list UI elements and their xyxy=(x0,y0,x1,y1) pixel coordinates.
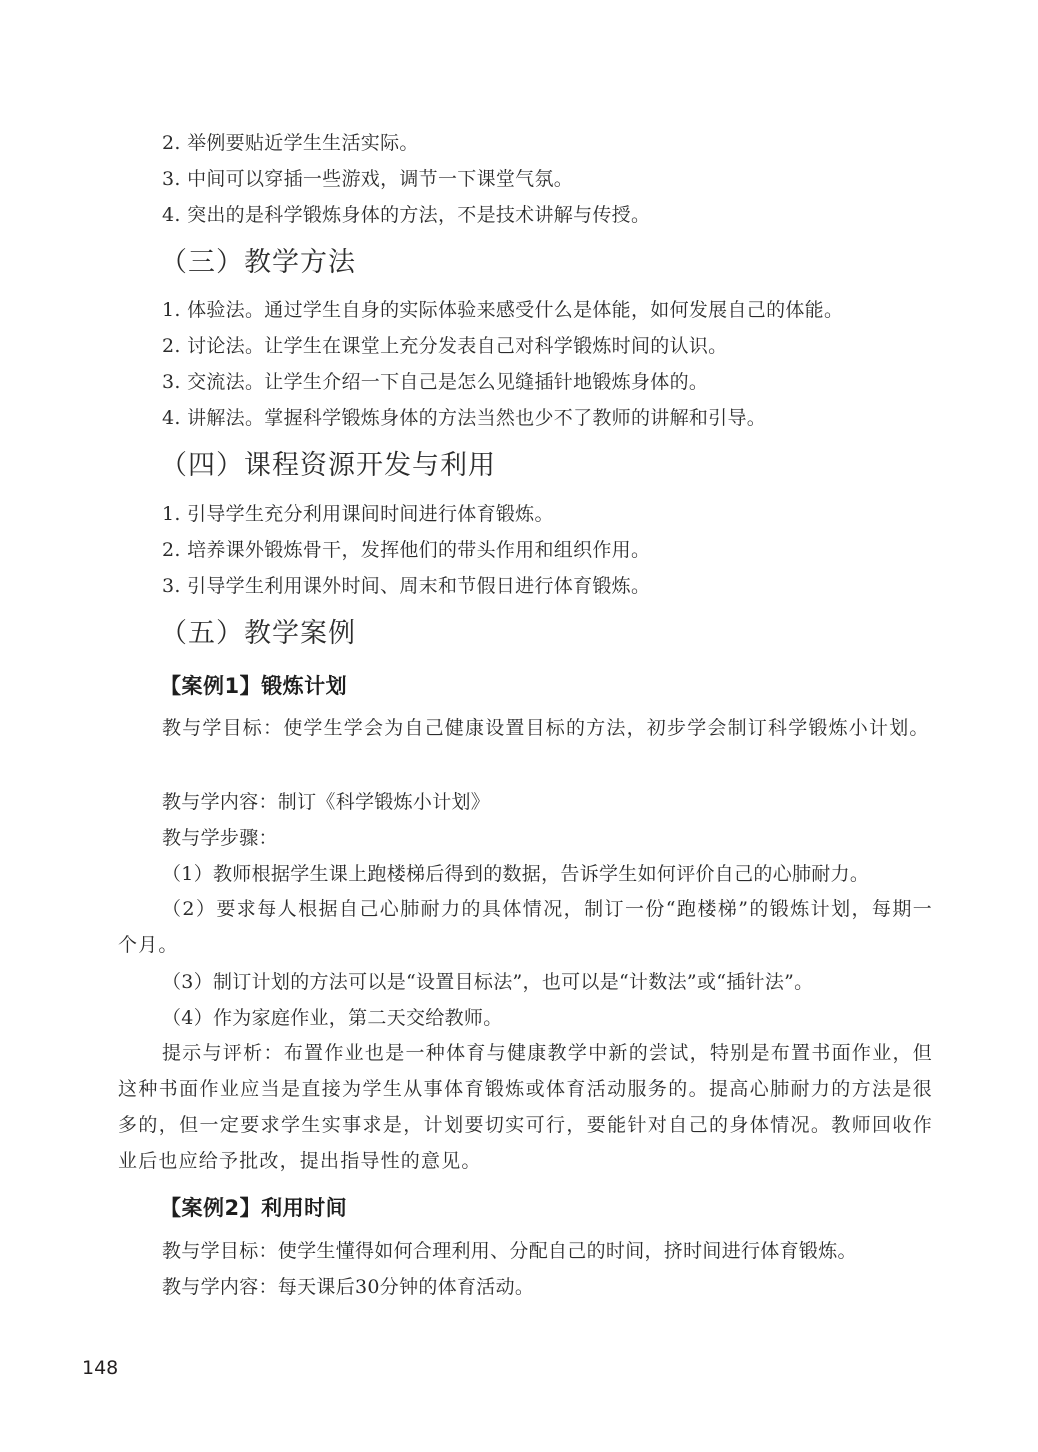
case1-goal: 教与学目标：使学生学会为自己健康设置目标的方法，初步学会制订科学锻炼小计划。 xyxy=(118,710,933,746)
section-heading-cases: （五）教学案例 xyxy=(160,617,356,651)
case1-step: （2）要求每人根据自己心肺耐力的具体情况，制订一份“跑楼梯”的锻炼计划，每期一个… xyxy=(118,891,933,963)
case1-step: （4）作为家庭作业，第二天交给教师。 xyxy=(162,1005,503,1031)
method-item: 4. 讲解法。掌握科学锻炼身体的方法当然也少不了教师的讲解和引导。 xyxy=(162,405,766,431)
case2-goal: 教与学目标：使学生懂得如何合理利用、分配自己的时间，挤时间进行体育锻炼。 xyxy=(162,1238,857,1264)
page-number: 148 xyxy=(82,1357,118,1379)
method-item: 3. 交流法。让学生介绍一下自己是怎么见缝插针地锻炼身体的。 xyxy=(162,369,708,395)
case1-comment: 提示与评析：布置作业也是一种体育与健康教学中新的尝试，特别是布置书面作业，但这种… xyxy=(118,1035,933,1179)
resource-item: 1. 引导学生充分利用课间时间进行体育锻炼。 xyxy=(162,501,554,527)
intro-list-item: 3. 中间可以穿插一些游戏，调节一下课堂气氛。 xyxy=(162,166,573,192)
case1-step: （3）制订计划的方法可以是“设置目标法”，也可以是“计数法”或“插针法”。 xyxy=(162,969,813,995)
resource-item: 3. 引导学生利用课外时间、周末和节假日进行体育锻炼。 xyxy=(162,573,650,599)
method-item: 1. 体验法。通过学生自身的实际体验来感受什么是体能，如何发展自己的体能。 xyxy=(162,297,843,323)
case2-title: 【案例2】利用时间 xyxy=(160,1194,347,1222)
document-page: 2. 举例要贴近学生生活实际。 3. 中间可以穿插一些游戏，调节一下课堂气氛。 … xyxy=(0,0,1038,1452)
intro-list-item: 4. 突出的是科学锻炼身体的方法，不是技术讲解与传授。 xyxy=(162,202,650,228)
case1-step: （1）教师根据学生课上跑楼梯后得到的数据，告诉学生如何评价自己的心肺耐力。 xyxy=(162,861,869,887)
case1-title: 【案例1】锻炼计划 xyxy=(160,672,347,700)
section-heading-resources: （四）课程资源开发与利用 xyxy=(160,449,496,483)
case1-content: 教与学内容：制订《科学锻炼小计划》 xyxy=(162,789,490,815)
case1-steps-label: 教与学步骤： xyxy=(162,825,278,851)
method-item: 2. 讨论法。让学生在课堂上充分发表自己对科学锻炼时间的认识。 xyxy=(162,333,727,359)
resource-item: 2. 培养课外锻炼骨干，发挥他们的带头作用和组织作用。 xyxy=(162,537,650,563)
case2-content: 教与学内容：每天课后30分钟的体育活动。 xyxy=(162,1274,534,1300)
intro-list-item: 2. 举例要贴近学生生活实际。 xyxy=(162,130,419,156)
section-heading-teaching-methods: （三）教学方法 xyxy=(160,246,356,280)
